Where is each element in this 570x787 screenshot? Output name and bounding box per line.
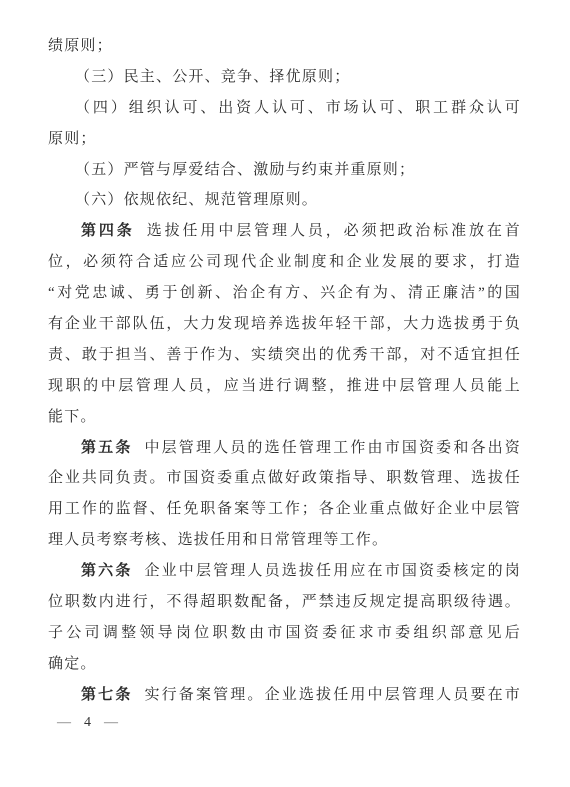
text-line: 确定。 xyxy=(48,649,521,680)
article-text: 中层管理人员的选任管理工作由市国资委和各出资 xyxy=(144,440,521,456)
text-line: 绩原则； xyxy=(48,31,521,62)
text-line: 第四条选拔任用中层管理人员，必须把政治标准放在首 xyxy=(48,216,521,247)
article-number: 第六条 xyxy=(81,563,132,579)
text-line: 原则； xyxy=(48,124,521,155)
text-line: （四）组织认可、出资人认可、市场认可、职工群众认可 xyxy=(48,93,521,124)
footer-dash: — xyxy=(104,715,118,730)
text-line: 第六条企业中层管理人员选拔任用应在市国资委核定的岗 xyxy=(48,556,521,587)
text-line: 位，必须符合适应公司现代企业制度和企业发展的要求，打造 xyxy=(48,247,521,278)
text-line: （六）依规依纪、规范管理原则。 xyxy=(48,185,521,216)
text-line: 现职的中层管理人员，应当进行调整，推进中层管理人员能上 xyxy=(48,371,521,402)
article-text: 企业中层管理人员选拔任用应在市国资委核定的岗 xyxy=(144,563,521,579)
text-line: 有企业干部队伍，大力发现培养选拔年轻干部，大力选拔勇于负 xyxy=(48,309,521,340)
page-number: 4 xyxy=(84,715,91,730)
page-footer: —4— xyxy=(57,713,118,733)
document-page: 绩原则； （三）民主、公开、竞争、择优原则； （四）组织认可、出资人认可、市场认… xyxy=(0,0,570,787)
document-body: 绩原则； （三）民主、公开、竞争、择优原则； （四）组织认可、出资人认可、市场认… xyxy=(48,31,521,711)
text-line: 位职数内进行，不得超职数配备，严禁违反规定提高职级待遇。 xyxy=(48,587,521,618)
text-line: 能下。 xyxy=(48,402,521,433)
text-line: （三）民主、公开、竞争、择优原则； xyxy=(48,62,521,93)
text-line: 子公司调整领导岗位职数由市国资委征求市委组织部意见后 xyxy=(48,618,521,649)
article-number: 第五条 xyxy=(81,440,132,456)
text-line: 理人员考察考核、选拔任用和日常管理等工作。 xyxy=(48,525,521,556)
article-number: 第七条 xyxy=(81,687,132,703)
footer-dash: — xyxy=(57,715,71,730)
article-number: 第四条 xyxy=(81,223,135,239)
text-line: 用工作的监督、任免职备案等工作；各企业重点做好企业中层管 xyxy=(48,494,521,525)
article-text: 选拔任用中层管理人员，必须把政治标准放在首 xyxy=(147,223,521,239)
article-text: 实行备案管理。企业选拔任用中层管理人员要在市 xyxy=(144,687,521,703)
text-line: 企业共同负责。市国资委重点做好政策指导、职数管理、选拔任 xyxy=(48,463,521,494)
text-line: （五）严管与厚爱结合、激励与约束并重原则； xyxy=(48,155,521,186)
text-line: 第五条中层管理人员的选任管理工作由市国资委和各出资 xyxy=(48,433,521,464)
text-line: 责、敢于担当、善于作为、实绩突出的优秀干部，对不适宜担任 xyxy=(48,340,521,371)
text-line: 第七条实行备案管理。企业选拔任用中层管理人员要在市 xyxy=(48,680,521,711)
text-line: “对党忠诚、勇于创新、治企有方、兴企有为、清正廉洁”的国 xyxy=(48,278,521,309)
